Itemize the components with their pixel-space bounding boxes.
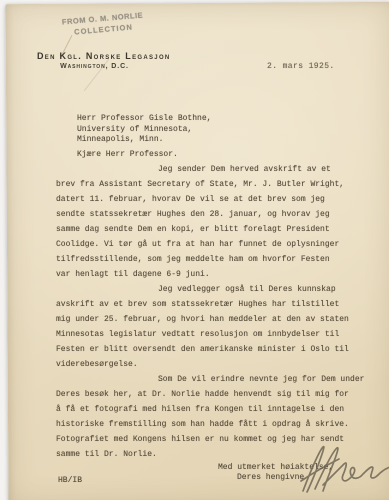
letter-date: 2. mars 1925. [267, 62, 335, 71]
recipient-line: University of Minnesota, [77, 125, 211, 136]
letter-body: Jeg sender Dem herved avskrift av et bre… [56, 162, 354, 462]
body-line: samme dag sendte Dem en kopi, er blitt f… [56, 222, 354, 237]
body-line: historiske fremstilling som han hadde få… [56, 417, 354, 432]
recipient-line: Minneapolis, Minn. [77, 135, 211, 146]
typist-initials: HB/IB [58, 476, 82, 485]
scanned-letter-page: FROM O. M. NORLIE COLLECTION Den Kgl. No… [0, 0, 389, 500]
letterhead-organization: Den Kgl. Norske Legasjon [37, 51, 157, 61]
body-line: viderebesørgelse. [56, 357, 354, 372]
body-line: var henlagt til dagene 6-9 juni. [56, 267, 354, 282]
letterhead-location: Washington, D.C. [37, 63, 152, 70]
body-line: Festen er blitt oversendt den amerikansk… [56, 342, 354, 357]
body-line: mig under 25. februar, og hvori han medd… [56, 312, 354, 327]
salutation: Kjære Herr Professor. [77, 150, 178, 159]
body-line: tilfredsstillende, som jeg meddelte ham … [56, 252, 354, 267]
body-line: sendte statssekretær Hughes den 28. janu… [56, 207, 354, 222]
body-line: brev fra Assistant Secretary of State, M… [56, 177, 354, 192]
recipient-line: Herr Professor Gisle Bothne, [77, 114, 211, 125]
body-line: avskrift av et brev som statssekretær Hu… [56, 297, 354, 312]
body-line: datert 11. februar, hvorav De vil se at … [56, 192, 354, 207]
body-line: å få et fotografi med hilsen fra Kongen … [56, 402, 354, 417]
body-line: Deres besøk her, at Dr. Norlie hadde hen… [56, 387, 354, 402]
body-line: Coolidge. Vi tør gå ut fra at han har fu… [56, 237, 354, 252]
recipient-address: Herr Professor Gisle Bothne, University … [77, 114, 211, 146]
body-line: Minnesotas legislatur vedtatt resolusjon… [56, 327, 354, 342]
handwritten-signature-icon [293, 437, 389, 499]
body-line: Jeg vedlegger også til Deres kunnskap [56, 282, 354, 297]
body-line: Jeg sender Dem herved avskrift av et [56, 162, 354, 177]
body-line: Som De vil erindre nevnte jeg for Dem un… [56, 372, 354, 387]
